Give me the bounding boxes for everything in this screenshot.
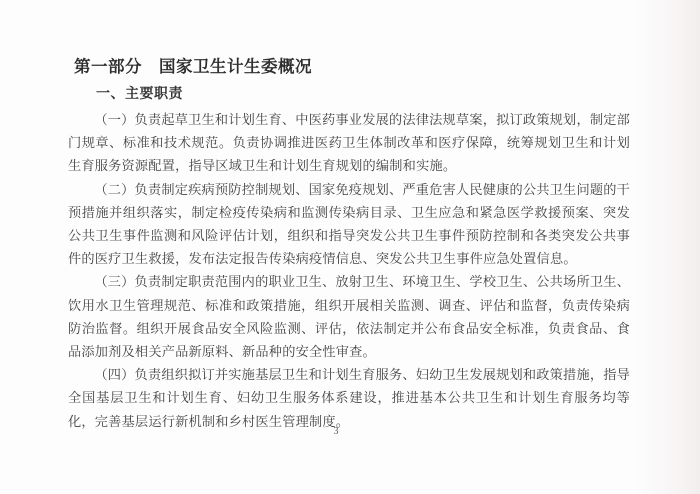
body-text: （一）负责起草卫生和计划生育、中医药事业发展的法律法规草案，拟订政策规划，制定部… (68, 108, 630, 433)
paragraph-2: （二）负责制定疾病预防控制规划、国家免疫规划、严重危害人民健康的公共卫生问题的干… (68, 178, 630, 271)
page-number: 3 (0, 426, 672, 438)
paragraph-3: （三）负责制定职责范围内的职业卫生、放射卫生、环境卫生、学校卫生、公共场所卫生、… (68, 270, 630, 363)
paragraph-1: （一）负责起草卫生和计划生育、中医药事业发展的法律法规草案，拟订政策规划，制定部… (68, 108, 630, 178)
section-heading: 一、主要职责 (68, 87, 630, 102)
document-title: 第一部分 国家卫生计生委概况 (74, 57, 630, 77)
paragraph-4: （四）负责组织拟订并实施基层卫生和计划生育服务、妇幼卫生发展规划和政策措施，指导… (68, 363, 630, 433)
document-page: 第一部分 国家卫生计生委概况 一、主要职责 （一）负责起草卫生和计划生育、中医药… (0, 0, 700, 494)
scan-edge-shading (636, 0, 700, 494)
